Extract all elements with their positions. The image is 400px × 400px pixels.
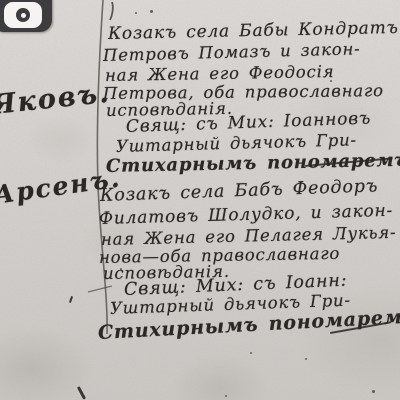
ink-speck — [372, 390, 375, 393]
camera-icon — [4, 2, 42, 28]
ink-speck — [225, 395, 227, 397]
camera-button[interactable] — [0, 0, 52, 32]
ink-speck — [330, 80, 332, 82]
camera-lens-dot — [21, 13, 26, 18]
stray-pen-stroke — [69, 296, 73, 303]
camera-lens-icon — [16, 8, 30, 22]
stray-pen-stroke — [77, 386, 86, 400]
ink-speck — [135, 12, 137, 14]
ink-speck — [250, 352, 252, 354]
ink-speck — [150, 10, 153, 13]
ink-speck — [120, 268, 122, 270]
manuscript-scan-page: Яковъ. Арсенъ. Козакъ села Бабы Кондратъ… — [0, 0, 400, 400]
margin-name-yakov: Яковъ. — [0, 78, 112, 121]
ink-speck — [41, 97, 44, 100]
ink-speck — [305, 358, 307, 360]
